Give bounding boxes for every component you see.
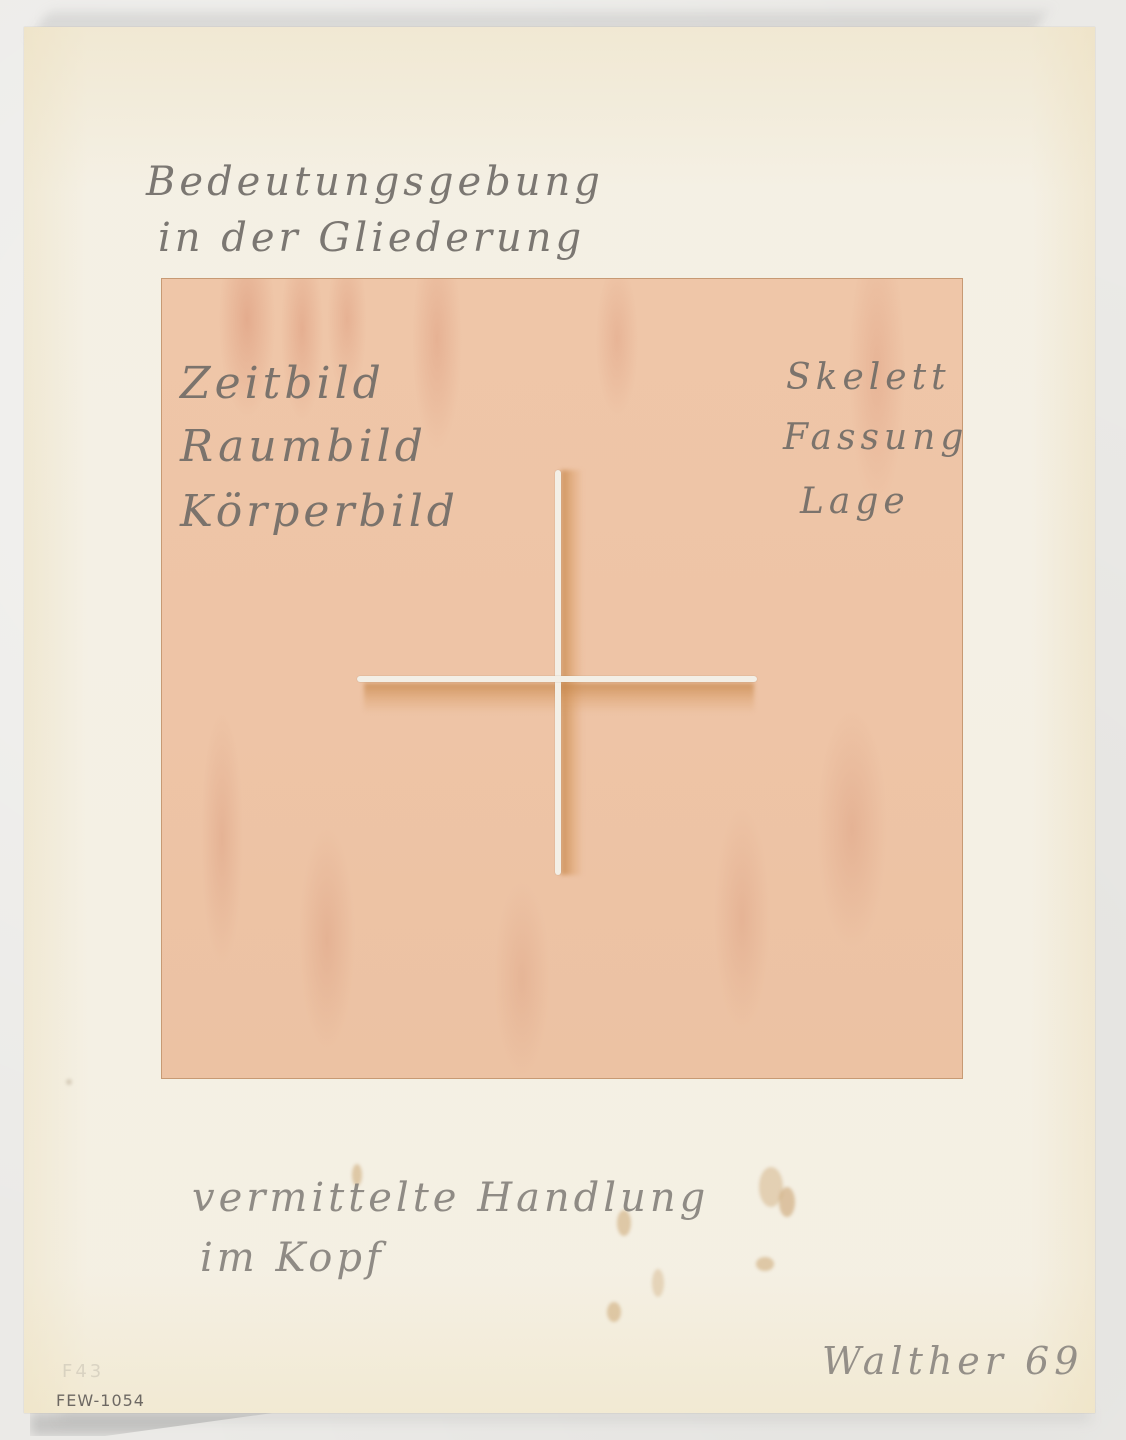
bottom-text-line-1: vermittelte Handlung: [192, 1178, 709, 1218]
cross-vertical-bar: [555, 470, 561, 875]
stain: [756, 1257, 774, 1271]
artist-signature: Walther 69: [822, 1342, 1083, 1380]
stain: [652, 1269, 664, 1297]
faint-pencil-mark: F43: [62, 1363, 104, 1381]
right-word-fassung: Fassung: [783, 420, 968, 456]
bottom-text-line-2: im Kopf: [200, 1238, 385, 1278]
right-word-skelett: Skelett: [786, 360, 951, 396]
left-word-zeitbild: Zeitbild: [180, 362, 385, 406]
right-word-lage: Lage: [800, 484, 910, 520]
heading-line-1: Bedeutungsgebung: [146, 162, 604, 202]
inventory-number: FEW-1054: [56, 1393, 145, 1409]
left-word-raumbild: Raumbild: [180, 425, 427, 469]
stain: [66, 1079, 72, 1085]
heading-line-2: in der Gliederung: [158, 218, 585, 258]
cross-horizontal-bar: [357, 676, 757, 682]
stain: [607, 1302, 621, 1322]
paper-shadow-bottom-edge: [60, 1412, 1090, 1420]
stain: [779, 1187, 795, 1217]
cross-shadow-vertical: [561, 470, 583, 875]
left-word-koerperbild: Körperbild: [180, 490, 459, 534]
